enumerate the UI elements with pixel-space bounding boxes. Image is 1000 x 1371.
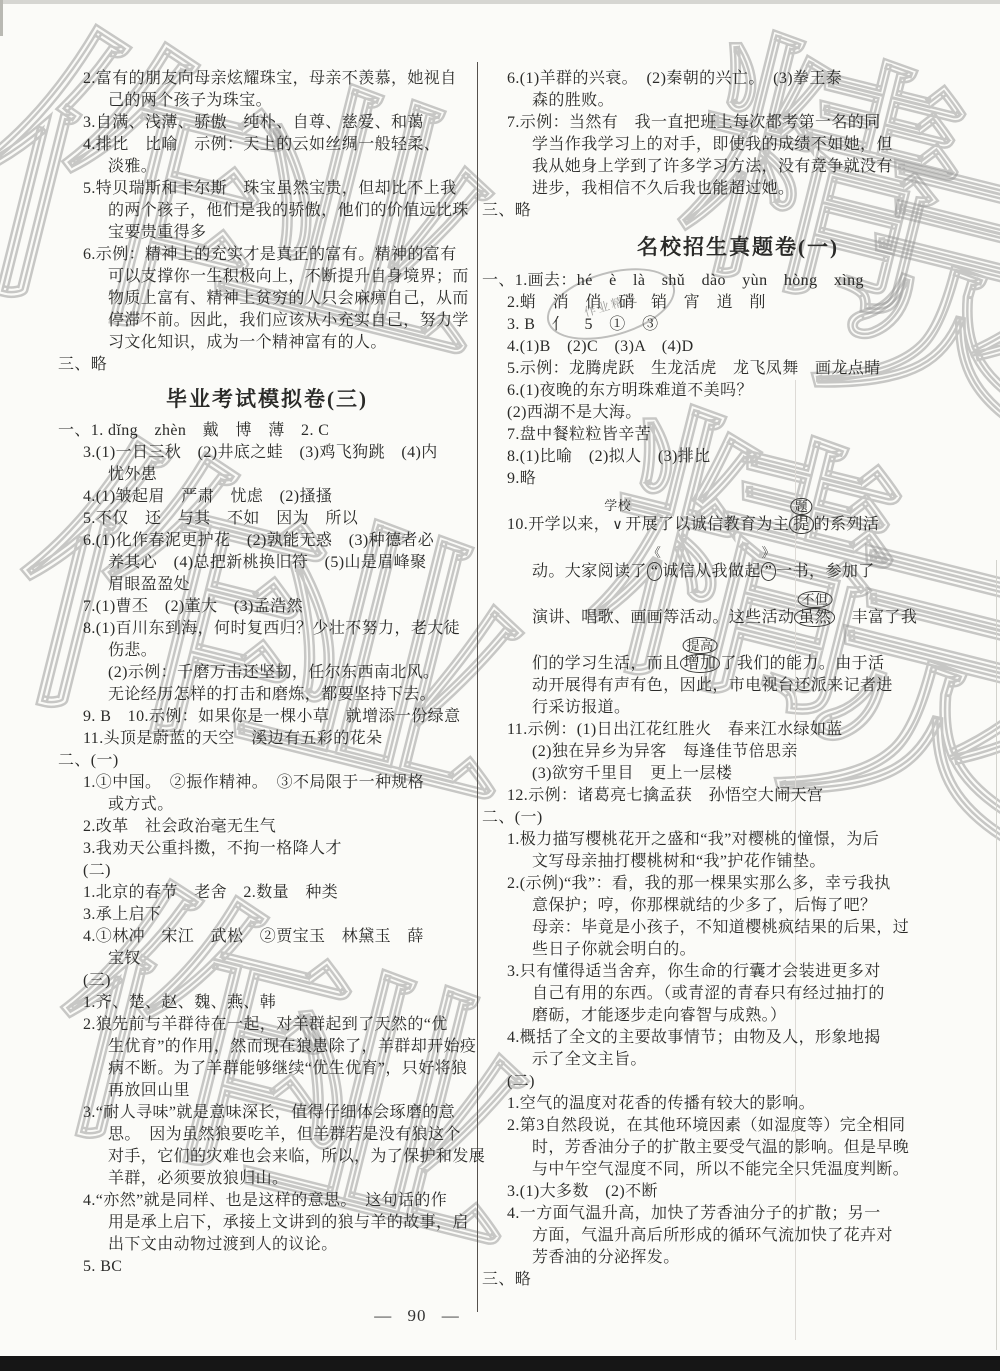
answer-line: 停滞不前。因此，我们应该从小充实自己，努力学 — [58, 310, 476, 332]
answer-line: 9.略 — [482, 468, 994, 490]
answer-line: 7.盘中餐粒粒皆辛苦 — [482, 424, 994, 446]
scan-top-edge — [0, 0, 1000, 4]
answer-line: 时，芳香油分子的扩散主要受气温的影响。但是早晚 — [482, 1137, 994, 1159]
answer-line: 6.(1)羊群的兴衰。 (2)秦朝的兴亡。 (3)拳王泰 — [482, 68, 994, 90]
answer-line: 4.排比 比喻 示例：天上的云如丝绸一般轻柔、 — [58, 134, 476, 156]
answer-line: 三、略 — [482, 200, 994, 222]
answer-line: 1.齐、楚、赵、魏、燕、韩 — [58, 992, 476, 1014]
answer-line: 1.北京的春节 老舍 2.数量 种类 — [58, 882, 476, 904]
section-heading: 名校招生真题卷(一) — [482, 232, 994, 262]
answer-line: 进步，我相信不久后我也能超过她。 — [482, 178, 994, 200]
answer-line: 11.示例：(1)日出江花红胜火 春来江水绿如蓝 — [482, 719, 994, 741]
correction-text: 题 — [791, 498, 812, 515]
correction-text: 》 — [762, 545, 775, 560]
page-number: — 90 — — [352, 1306, 482, 1326]
answer-line: (二) — [482, 1071, 994, 1093]
answer-line: 磨砺，才能逐步走向睿智与成熟。） — [482, 1005, 994, 1027]
answer-line: 物质上富有、精神上贫穷的人只会麻痹自己，从而 — [58, 288, 476, 310]
proofread-replace-mark: 《“ — [647, 561, 663, 583]
answer-text: 一书，参加了 — [776, 563, 874, 580]
answer-line: 养其心 (4)总把新桃换旧符 (5)山是眉峰聚 — [58, 552, 476, 574]
answer-text: 诚信从我做起 — [662, 563, 760, 580]
answer-text: 10.开学以来， — [507, 516, 610, 533]
answer-line: 用是承上启下，承接上文讲到的狼与羊的故事，启 — [58, 1212, 476, 1234]
proofread-insert-mark: 学校∨ — [610, 514, 625, 537]
answer-line: 二、(一) — [482, 807, 994, 829]
answer-line: 三、略 — [482, 1269, 994, 1291]
answer-line: 己的两个孩子为珠宝。 — [58, 90, 476, 112]
answer-line: 意保护；哼，你那棵就结的少多了，后悔了吧？ — [482, 895, 994, 917]
answer-line: 5.示例：龙腾虎跃 生龙活虎 龙飞凤舞 画龙点睛 — [482, 358, 994, 380]
answer-line: (2)独在异乡为异客 每逢佳节倍思亲 — [482, 741, 994, 763]
answer-line: 学当作我学习上的对手，即使我的成绩不如她，但 — [482, 134, 994, 156]
answer-text: 开展了以诚信教育为主 — [625, 516, 789, 533]
answer-line: 2.蛸 消 俏 硝 销 宵 逍 削 — [482, 292, 994, 314]
answer-line: 4.(1)皱起眉 严肃 忧虑 (2)搔搔 — [58, 486, 476, 508]
answer-line: 4.概括了全文的主要故事情节；由物及人，形象地揭 — [482, 1027, 994, 1049]
answer-line: (2)西湖不是大海。 — [482, 402, 994, 424]
answer-line: 无论经历怎样的打击和磨炼，都要坚持下去。 — [58, 684, 476, 706]
correction-text: 提高 — [683, 637, 718, 654]
answer-line: 生优育”的作用，然而现在狼患除了，羊群却开始疫 — [58, 1036, 476, 1058]
answer-line: 6.示例：精神上的充实才是真正的富有。精神的富有 — [58, 244, 476, 266]
answer-line: 4.“亦然”就是同样、也是这样的意思。 这句话的作 — [58, 1190, 476, 1212]
caret-icon: ∨ — [610, 515, 625, 537]
answer-line: 8.(1)比喻 (2)拟人 (3)排比 — [482, 446, 994, 468]
answer-line: 动。大家阅读了《“诚信从我做起》”一书，参加了 — [482, 561, 994, 583]
answer-line: (二) — [58, 860, 476, 882]
answer-line: 自己有用的东西。（或青涩的青春只有经过抽打的 — [482, 983, 994, 1005]
answer-line: 10.开学以来，学校∨开展了以诚信教育为主题提的系列活 — [482, 514, 994, 537]
left-answer-column: 2.富有的朋友向母亲炫耀珠宝，母亲不羡慕，她视自己的两个孩子为珠宝。3.自满、浅… — [58, 68, 476, 1278]
scan-bottom-edge — [0, 1356, 1000, 1371]
scan-left-edge-mark — [0, 0, 3, 36]
correction-text: 学校 — [604, 498, 631, 513]
right-answer-column: 6.(1)羊群的兴衰。 (2)秦朝的兴亡。 (3)拳王泰森的胜败。7.示例：当然… — [482, 68, 994, 1291]
answer-text: 丰富了我 — [835, 609, 917, 626]
answer-line: 4.一方面气温升高，加快了芳香油分子的扩散；另一 — [482, 1203, 994, 1225]
answer-line: 2.第3自然段说，在其他环境因素（如湿度等）完全相同 — [482, 1115, 994, 1137]
answer-line: 习文化知识，成为一个精神富有的人。 — [58, 332, 476, 354]
scanned-answer-page: 作业精灵作业精灵作业 作业精灵 2.富有的朋友向母亲炫耀珠宝，母亲不羡慕，她视自… — [0, 0, 1000, 1371]
answer-line: 2.改革 社会政治毫无生气 — [58, 816, 476, 838]
marked-word: 增加 — [680, 654, 721, 673]
answer-line: 3.“耐人寻味”就是意味深长，值得仔细体会琢磨的意 — [58, 1102, 476, 1124]
answer-line: 7.(1)曹丕 (2)董大 (3)孟浩然 — [58, 596, 476, 618]
answer-line: (2)示例：千磨万击还坚韧，任尔东西南北风。 — [58, 662, 476, 684]
answer-line: 1.空气的温度对花香的传播有较大的影响。 — [482, 1093, 994, 1115]
answer-line: 宝要贵重得多 — [58, 222, 476, 244]
marked-word: ” — [761, 562, 777, 581]
answer-line: 3.(1)一日三秋 (2)井底之蛙 (3)鸡飞狗跳 (4)内 — [58, 442, 476, 464]
answer-line: 9. B 10.示例：如果你是一棵小草 就增添一份绿意 — [58, 706, 476, 728]
answer-line: 对手，它们的灾难也会来临，所以，为了保护和发展 — [58, 1146, 476, 1168]
answer-line: 2.富有的朋友向母亲炫耀珠宝，母亲不羡慕，她视自 — [58, 68, 476, 90]
answer-line: 可以支撑你一生积极向上，不断提升自身境界；而 — [58, 266, 476, 288]
answer-line: 眉眼盈盈处 — [58, 574, 476, 596]
correction-text: 不但 — [797, 591, 832, 608]
answer-line: 5. BC — [58, 1256, 476, 1278]
answer-line: 2.狼先前与羊群待在一起，对羊群起到了天然的“优 — [58, 1014, 476, 1036]
answer-line: 一、1. dǐng zhèn 戴 博 薄 2. C — [58, 420, 476, 442]
column-divider — [477, 62, 478, 1312]
correction-text: 《 — [648, 545, 661, 560]
answer-text: 演讲、唱歌、画画等活动。这些活动 — [532, 609, 794, 626]
answer-line: 6.(1)化作春泥更护花 (2)孰能无惑 (3)种德者必 — [58, 530, 476, 552]
answer-line: 3.只有懂得适当舍弃，你生命的行囊才会装进更多对 — [482, 961, 994, 983]
answer-line: 二、(一) — [58, 750, 476, 772]
marked-word: 提 — [789, 515, 813, 534]
answer-line: 5.特贝瑞斯和卡尔斯 珠宝虽然宝贵，但却比不上我 — [58, 178, 476, 200]
answer-text: 们的学习生活，而且 — [532, 655, 680, 672]
scan-right-edge — [996, 560, 997, 1350]
answer-line: 3.(1)大多数 (2)不断 — [482, 1181, 994, 1203]
answer-line: 8.(1)百川东到海，何时复西归？少壮不努力，老大徒 — [58, 618, 476, 640]
answer-line: 再放回山里 — [58, 1080, 476, 1102]
marked-word: “ — [647, 562, 663, 581]
answer-line: 12.示例：诸葛亮七擒孟获 孙悟空大闹天宫 — [482, 785, 994, 807]
answer-line: 1.①中国。 ②振作精神。 ③不局限于一种规格 — [58, 772, 476, 794]
answer-line: 或方式。 — [58, 794, 476, 816]
answer-line: 出下文由动物过渡到人的议论。 — [58, 1234, 476, 1256]
marked-word: 虽然 — [794, 608, 835, 627]
answer-line: 芳香油的分泌挥发。 — [482, 1247, 994, 1269]
answer-line: 4.(1)B (2)C (3)A (4)D — [482, 336, 994, 358]
answer-line: 文写母亲抽打樱桃树和“我”护花作铺垫。 — [482, 851, 994, 873]
answer-line: 淡雅。 — [58, 156, 476, 178]
answer-line: 行采访报道。 — [482, 697, 994, 719]
answer-line: (3)欲穷千里目 更上一层楼 — [482, 763, 994, 785]
answer-text: 了我们的能力。由于活 — [720, 655, 884, 672]
answer-line: (三) — [58, 970, 476, 992]
section-heading: 毕业考试模拟卷(三) — [58, 384, 476, 414]
answer-line: 宝钗 — [58, 948, 476, 970]
answer-line: 1.极力描写樱桃花开之盛和“我”对樱桃的憧憬，为后 — [482, 829, 994, 851]
answer-line: 4.①林冲 宋江 武松 ②贾宝玉 林黛玉 薛 — [58, 926, 476, 948]
answer-line: 与中午空气湿度不同，所以不能完全只凭温度判断。 — [482, 1159, 994, 1181]
answer-line: 思。 因为虽然狼要吃羊，但羊群若是没有狼这个 — [58, 1124, 476, 1146]
answer-line: 病不断。为了羊群能够继续“优生优育”，只好将狼 — [58, 1058, 476, 1080]
answer-line: 6.(1)夜晚的东方明珠难道不美吗？ — [482, 380, 994, 402]
answer-line: 演讲、唱歌、画画等活动。这些活动不但虽然 丰富了我 — [482, 607, 994, 629]
answer-line: 5.不仅 还 与其 不如 因为 所以 — [58, 508, 476, 530]
proofread-replace-mark: 题提 — [789, 514, 813, 536]
answer-line: 3.承上启下 — [58, 904, 476, 926]
answer-line: 忧外患 — [58, 464, 476, 486]
proofread-replace-mark: 提高增加 — [680, 653, 721, 675]
answer-line: 动开展得有声有色，因此，市电视台还派来记者进 — [482, 675, 994, 697]
answer-line: 三、略 — [58, 354, 476, 376]
answer-line: 伤悲。 — [58, 640, 476, 662]
answer-line: 3.我劝天公重抖擞，不拘一格降人才 — [58, 838, 476, 860]
answer-line: 11.头顶是蔚蓝的天空 溪边有五彩的花朵 — [58, 728, 476, 750]
answer-line: 一、1.画去：hé è là shǔ dào yùn hòng xìng — [482, 270, 994, 292]
answer-line: 的两个孩子，他们是我的骄傲，他们的价值远比珠 — [58, 200, 476, 222]
answer-line: 森的胜败。 — [482, 90, 994, 112]
answer-line: 方面，气温升高后所形成的循环气流加快了花卉对 — [482, 1225, 994, 1247]
answer-text: 的系列活 — [814, 516, 880, 533]
answer-line: 3.自满、浅薄、骄傲 纯朴、自尊、慈爱、和蔼 — [58, 112, 476, 134]
answer-line: 示了全文主旨。 — [482, 1049, 994, 1071]
answer-line: 3. B 亻 5 ① ③ — [482, 314, 994, 336]
answer-text: 动。大家阅读了 — [532, 563, 647, 580]
answer-line: 7.示例：当然有 我一直把班上每次都考第一名的同 — [482, 112, 994, 134]
answer-line: 羊群，必须要放狼归山。 — [58, 1168, 476, 1190]
answer-line: 母亲：毕竟是小孩子，不知道樱桃疯结果的后果，过 — [482, 917, 994, 939]
answer-line: 们的学习生活，而且提高增加了我们的能力。由于活 — [482, 653, 994, 675]
answer-line: 些日子你就会明白的。 — [482, 939, 994, 961]
answer-line: 我从她身上学到了许多学习方法，没有竞争就没有 — [482, 156, 994, 178]
answer-line: 2.(示例)“我”：看，我的那一棵果实那么多，幸亏我执 — [482, 873, 994, 895]
proofread-replace-mark: 》” — [761, 561, 777, 583]
proofread-replace-mark: 不但虽然 — [794, 607, 835, 629]
